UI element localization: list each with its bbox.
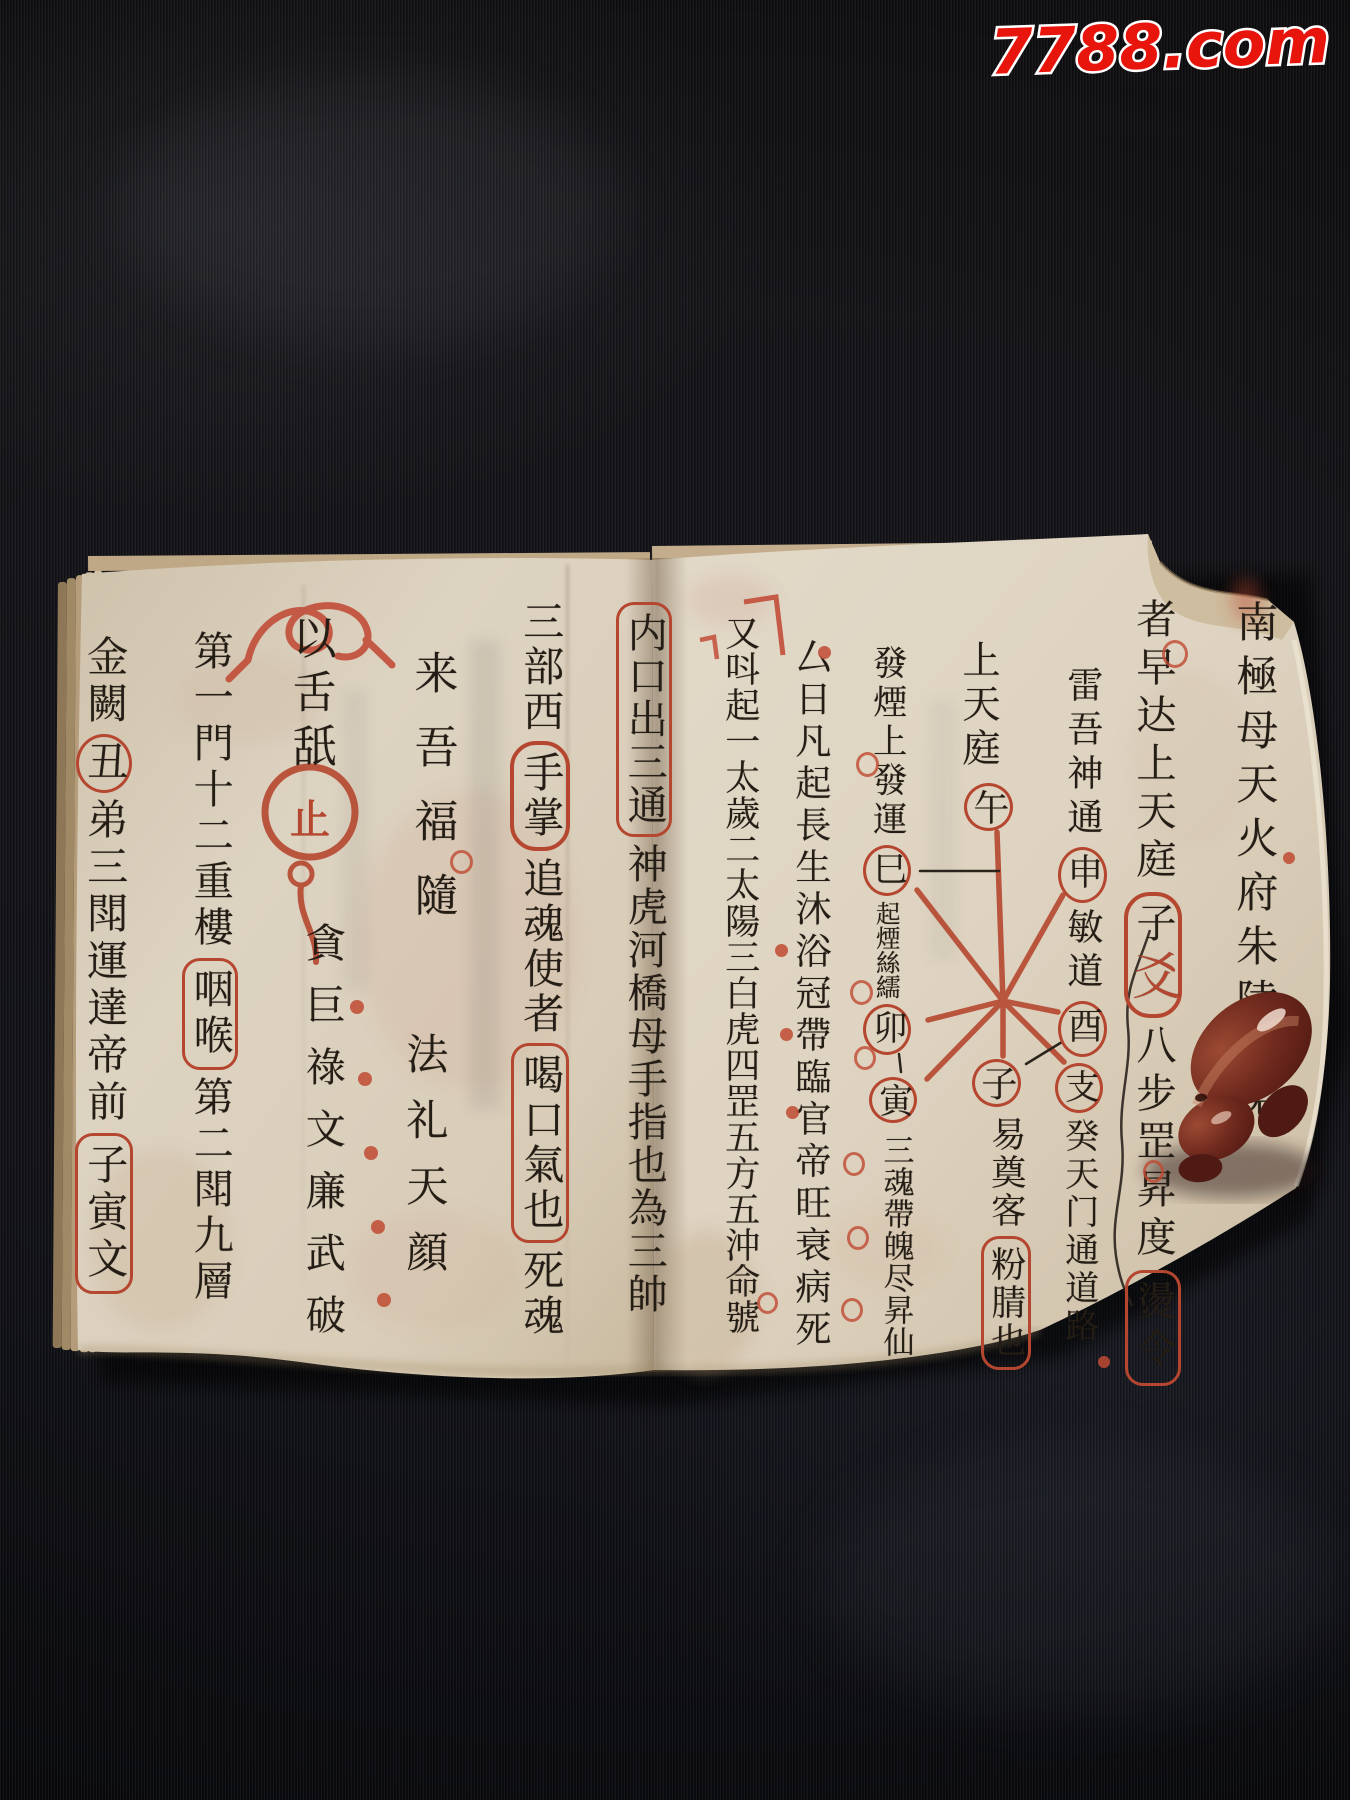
col-text: 又呌起一太歲二太陽三白虎四罡五方五沖命號 (720, 615, 760, 1335)
circled-zhi: 支 (1055, 1063, 1103, 1113)
red-emphasis-ring (450, 850, 473, 874)
red-emphasis-dot (1283, 852, 1295, 864)
column-tianting: 上天庭 (957, 640, 998, 772)
col-text: 厶日凡起長生沐浴冠帶臨官帝旺衰病死 (790, 638, 831, 1352)
red-emphasis-ring (843, 1152, 865, 1176)
red-emphasis-dot (377, 1293, 391, 1307)
col-text: 易奠客 (986, 1116, 1026, 1230)
watermark: 7788.com (860, 4, 1340, 96)
column-laiwu: 来吾福隨 (408, 650, 456, 946)
column-twelve-stages: 厶日凡起長生沐浴冠帶臨官帝旺衰病死 (790, 638, 829, 1352)
red-box-annotation: 燙令 (1125, 1270, 1181, 1386)
circled-wu: 午 (964, 783, 1013, 831)
red-emphasis-dot (364, 1146, 378, 1160)
red-bracket-mark (700, 637, 717, 659)
circled-si: 巳 (863, 845, 911, 896)
column-yishe: 以舌舐 (286, 615, 334, 777)
red-emphasis-dot (775, 944, 788, 957)
red-emphasis-ring (847, 1226, 869, 1250)
boxed-text: 内口出三通 (621, 612, 667, 827)
red-emphasis-ring (856, 752, 879, 777)
red-emphasis-dot (1098, 1356, 1110, 1368)
red-box-annotation: 咽喉 (182, 958, 238, 1070)
red-box-annotation: 内口出三通 (616, 602, 672, 837)
col-text: 神虎河橋母手指也為三帥 (621, 843, 667, 1316)
watermark-text: 7788.com (989, 4, 1331, 89)
diagram-red-spokes (917, 832, 1064, 1079)
column-fayan: 發煙上發運巳起煙絲繻卯 (868, 645, 905, 1060)
red-box-annotation: 粉腈也 (981, 1236, 1031, 1370)
column-fali: 法礼天顔 (402, 1032, 447, 1296)
red-emphasis-ring (854, 1046, 876, 1070)
col-text: 雷吾神通 (1062, 666, 1103, 842)
red-emphasis-dot (786, 1106, 799, 1119)
red-emphasis-ring (757, 1292, 778, 1314)
col-text: 貪巨祿文廉武破 (299, 922, 345, 1356)
column-leiwu: 雷吾神通申敏道酉 (1062, 666, 1101, 1062)
boxed-text: 粉腈也 (986, 1246, 1026, 1360)
column-sanhun: 三魂帶魄尽昇仙 (878, 1134, 911, 1358)
column-dipper-stars: 貪巨祿文廉武破 (300, 922, 343, 1356)
col-text: 来吾福隨 (407, 650, 458, 946)
column-zhigui: 支癸天门通道路 (1060, 1058, 1097, 1346)
red-emphasis-ring (1162, 640, 1188, 668)
col-text: 癸天门通道路 (1059, 1118, 1099, 1346)
col-text-small: 起煙絲繻 (873, 901, 902, 999)
red-emphasis-ring (850, 980, 873, 1005)
circled-shen: 申 (1058, 847, 1107, 903)
red-box-annotation: 喝口氣也 (511, 1043, 569, 1243)
red-oval-annotation: 手掌 (510, 741, 570, 851)
column-gates: 第一門十二重樓咽喉第二閗九層 (188, 630, 231, 1306)
red-emphasis-dot (350, 1000, 364, 1014)
red-emphasis-dot (780, 1028, 793, 1041)
diagram-node-yin: 寅 (874, 1072, 911, 1128)
col-text: 三部西 (516, 600, 564, 735)
boxed-text: 燙令 (1130, 1280, 1176, 1376)
talisman-zhi-character: 止 (290, 788, 330, 845)
red-emphasis-ring (841, 1298, 863, 1322)
frog-figurine (1160, 965, 1330, 1210)
diagram-node-zi: 子 (976, 1054, 1015, 1112)
photo-stage: 止 南極母天火府朱陵流炁 者早达上天庭子爻八步罡昇度燙令 雷吾神通申敏道酉 支癸… (0, 0, 1350, 1800)
col-text: 三魂帶魄尽昇仙 (877, 1134, 913, 1358)
col-text: 發煙上發運 (867, 645, 907, 840)
column-sanbu: 三部西手掌追魂使者喝口氣也死魂 (518, 600, 562, 1339)
boxed-text: 咽喉 (187, 968, 233, 1060)
col-text: 第二閗九層 (187, 1076, 233, 1306)
col-text: 敏道 (1062, 908, 1103, 996)
column-yidian: 易奠客粉腈也 (986, 1116, 1024, 1376)
col-text: 以舌舐 (285, 615, 336, 777)
red-emphasis-dot (358, 1072, 372, 1086)
col-text: 追魂使者 (516, 857, 564, 1037)
circled-yin: 寅 (869, 1077, 917, 1123)
column-neikou: 内口出三通神虎河橋母手指也為三帥 (622, 596, 665, 1316)
col-text: 死魂 (516, 1249, 564, 1339)
column-jinque: 金闕丑弟三閗運達帝前子寅文 (82, 635, 126, 1300)
red-emphasis-dot (818, 646, 831, 659)
diagram-node-wu: 午 (968, 778, 1007, 836)
circled-you: 酉 (1058, 1001, 1107, 1057)
col-text: 金闕 (80, 635, 128, 729)
boxed-text: 喝口氣也 (516, 1053, 564, 1233)
oval-text: 手掌 (516, 751, 564, 841)
red-box-annotation: 子寅文 (75, 1133, 133, 1294)
col-text: 弟三閗運達帝前 (80, 798, 128, 1127)
column-youjiao: 又呌起一太歲二太陽三白虎四罡五方五沖命號 (720, 615, 758, 1335)
red-emphasis-dot (371, 1220, 385, 1234)
col-text: 第一門十二重樓 (187, 630, 233, 952)
circled-zi: 子 (972, 1059, 1021, 1107)
oval-char: 子 (1130, 902, 1176, 950)
col-text: 上天庭 (956, 640, 1000, 772)
boxed-text: 子寅文 (80, 1143, 128, 1284)
circled-chou: 丑 (76, 734, 132, 793)
col-text: 法礼天顔 (400, 1032, 449, 1296)
